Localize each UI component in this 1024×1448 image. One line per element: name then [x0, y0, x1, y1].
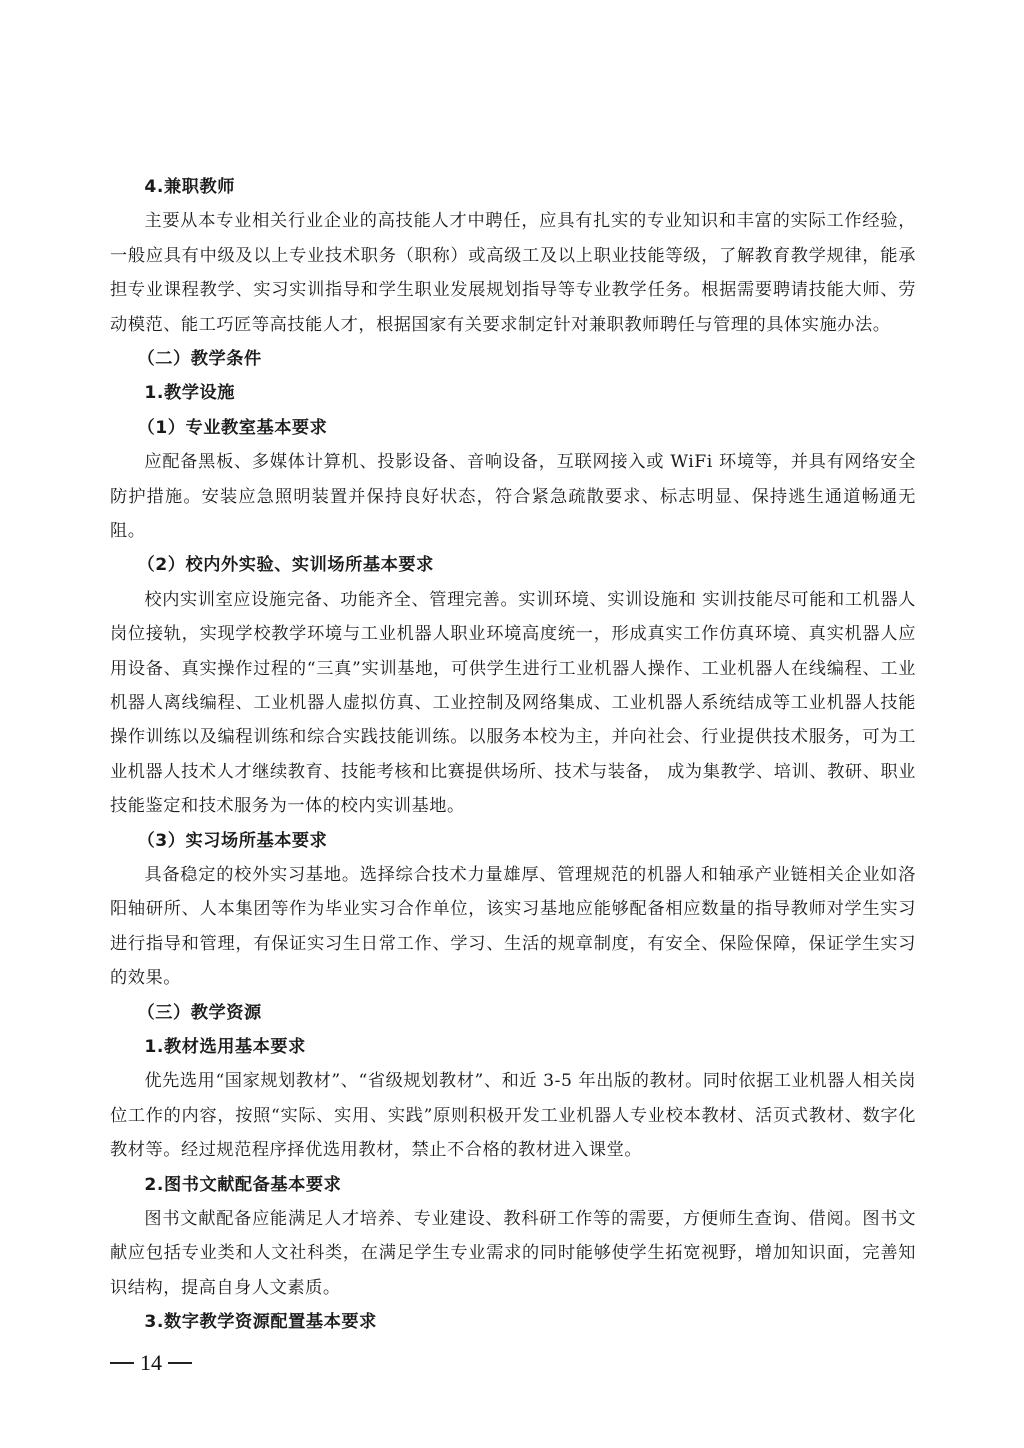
section-heading: 2.图书文献配备基本要求 [110, 1168, 916, 1202]
section-heading: （2）校内外实验、实训场所基本要求 [110, 548, 916, 582]
paragraph: 校内实训室应设施完备、功能齐全、管理完善。实训环境、实训设施和 实训技能尽可能和… [110, 583, 916, 824]
section-heading: （3）实习场所基本要求 [110, 824, 916, 858]
footer-dash-right [168, 1362, 192, 1363]
footer-dash-left [110, 1362, 134, 1363]
section-heading: 3.数字教学资源配置基本要求 [110, 1305, 916, 1339]
section-heading: （三）教学资源 [110, 996, 916, 1030]
paragraph: 图书文献配备应能满足人才培养、专业建设、教科研工作等的需要，方便师生查询、借阅。… [110, 1202, 916, 1305]
paragraph: 具备稳定的校外实习基地。选择综合技术力量雄厚、管理规范的机器人和轴承产业链相关企… [110, 858, 916, 996]
paragraph: 主要从本专业相关行业企业的高技能人才中聘任，应具有扎实的专业知识和丰富的实际工作… [110, 204, 916, 342]
paragraph: 应配备黑板、多媒体计算机、投影设备、音响设备，互联网接入或 WiFi 环境等，并… [110, 445, 916, 548]
page-footer: 14 [110, 1350, 192, 1376]
section-heading: 1.教材选用基本要求 [110, 1030, 916, 1064]
paragraph: 优先选用“国家规划教材”、“省级规划教材”、和近 3-5 年出版的教材。同时依据… [110, 1064, 916, 1167]
section-heading: 4.兼职教师 [110, 170, 916, 204]
section-heading: 1.教学设施 [110, 376, 916, 410]
document-body: 4.兼职教师 主要从本专业相关行业企业的高技能人才中聘任，应具有扎实的专业知识和… [110, 170, 916, 1340]
section-heading: （二）教学条件 [110, 342, 916, 376]
section-heading: （1）专业教室基本要求 [110, 411, 916, 445]
page-number: 14 [140, 1350, 162, 1376]
